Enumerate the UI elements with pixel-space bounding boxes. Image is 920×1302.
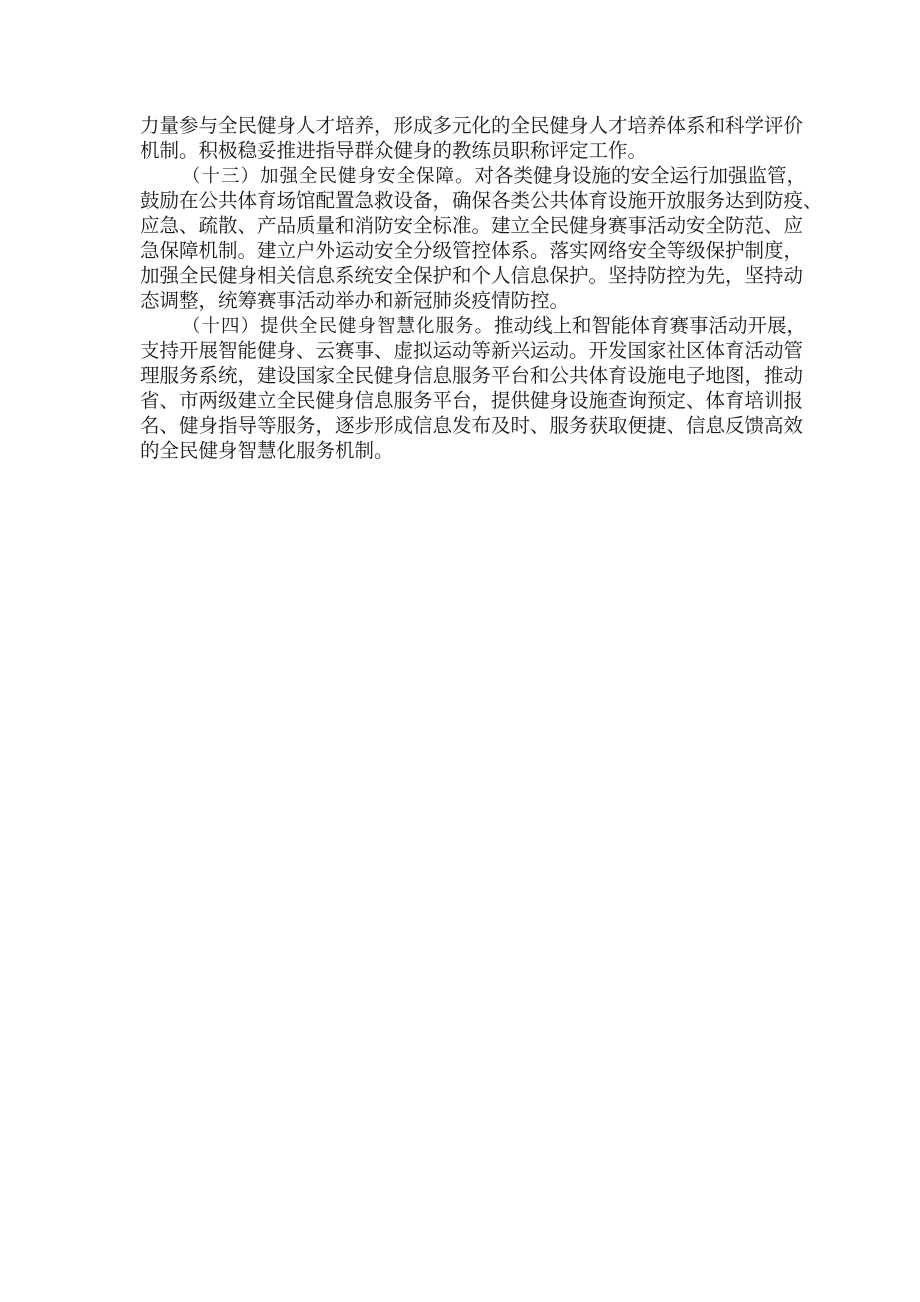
text-line: 名、健身指导等服务，逐步形成信息发布及时、服务获取便捷、信息反馈高效 (140, 413, 788, 438)
text-line: 加强全民健身相关信息系统安全保护和个人信息保护。坚持防控为先，坚持动 (140, 263, 788, 288)
paragraph-section-14: （十四）提供全民健身智慧化服务。推动线上和智能体育赛事活动开展， 支持开展智能健… (140, 313, 790, 463)
text-run: 推动线上和智能体育赛事活动开展， (494, 314, 806, 337)
text-line: 力量参与全民健身人才培养，形成多元化的全民健身人才培养体系和科学评价 (140, 113, 788, 138)
text-line: 鼓励在公共体育场馆配置急救设备，确保各类公共体育设施开放服务达到防疫、 (140, 188, 788, 213)
text-line: 机制。积极稳妥推进指导群众健身的教练员职称评定工作。 (140, 138, 788, 163)
document-page: 力量参与全民健身人才培养，形成多元化的全民健身人才培养体系和科学评价 机制。积极… (140, 113, 790, 463)
section-first-line: （十三）加强全民健身安全保障。对各类健身设施的安全运行加强监管， (140, 163, 788, 188)
text-line: 理服务系统，建设国家全民健身信息服务平台和公共体育设施电子地图，推动 (140, 363, 788, 388)
paragraph-section-13: （十三）加强全民健身安全保障。对各类健身设施的安全运行加强监管， 鼓励在公共体育… (140, 163, 790, 313)
text-line: 支持开展智能健身、云赛事、虚拟运动等新兴运动。开发国家社区体育活动管 (140, 338, 788, 363)
text-line: 态调整，统筹赛事活动举办和新冠肺炎疫情防控。 (140, 288, 788, 313)
text-line: 应急、疏散、产品质量和消防安全标准。建立全民健身赛事活动安全防范、应 (140, 213, 788, 238)
text-line: 省、市两级建立全民健身信息服务平台，提供健身设施查询预定、体育培训报 (140, 388, 788, 413)
paragraph-intro-continuation: 力量参与全民健身人才培养，形成多元化的全民健身人才培养体系和科学评价 机制。积极… (140, 113, 790, 163)
text-run: 对各类健身设施的安全运行加强监管， (475, 164, 807, 187)
text-line: 的全民健身智慧化服务机制。 (140, 438, 788, 463)
text-line: 急保障机制。建立户外运动安全分级管控体系。落实网络安全等级保护制度， (140, 238, 788, 263)
section-heading-13: （十三）加强全民健身安全保障。 (182, 166, 475, 187)
section-first-line: （十四）提供全民健身智慧化服务。推动线上和智能体育赛事活动开展， (140, 313, 788, 338)
section-heading-14: （十四）提供全民健身智慧化服务。 (182, 316, 494, 337)
